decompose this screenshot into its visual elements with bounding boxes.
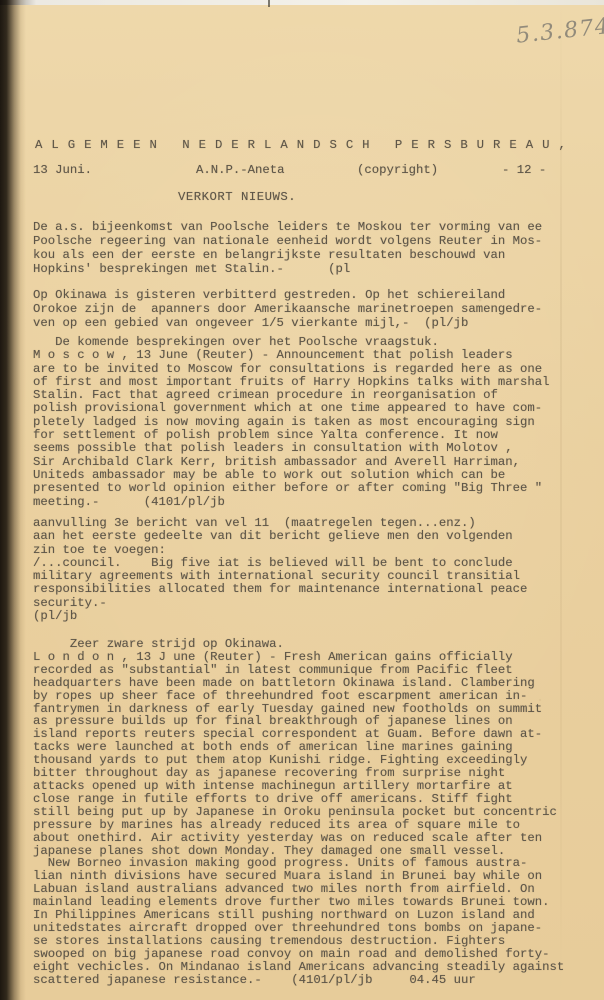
scanner-edge-mark — [268, 0, 270, 7]
section-heading: VERKORT NIEUWS. — [178, 191, 296, 204]
scanner-edge-top — [0, 0, 604, 5]
paragraph-aanvulling-bericht: aanvulling 3e bericht van vel 11 (maatre… — [33, 517, 527, 623]
copyright-notice: (copyright) — [357, 164, 438, 177]
paragraph-moscow-reuter: De komende besprekingen over het Poolsch… — [33, 336, 550, 509]
paragraph-london-okinawa-borneo: Zeer zware strijd op Okinawa. L o n d o … — [33, 638, 564, 986]
agency-title: A L G E M E E N N E D E R L A N D S C H … — [35, 139, 567, 152]
scanned-document-page: 5.3.8741 A L G E M E E N N E D E R L A N… — [0, 0, 604, 1000]
page-number: - 12 - — [502, 164, 546, 177]
paragraph-poolsche-leiders: De a.s. bijeenkomst van Poolsche leiders… — [33, 220, 542, 276]
page-edge-shadow — [0, 0, 26, 1000]
paragraph-okinawa-kort: Op Okinawa is gisteren verbitterd gestre… — [33, 288, 542, 330]
agency-abbreviation: A.N.P.-Aneta — [196, 164, 285, 177]
dateline: 13 Juni. — [33, 164, 92, 177]
